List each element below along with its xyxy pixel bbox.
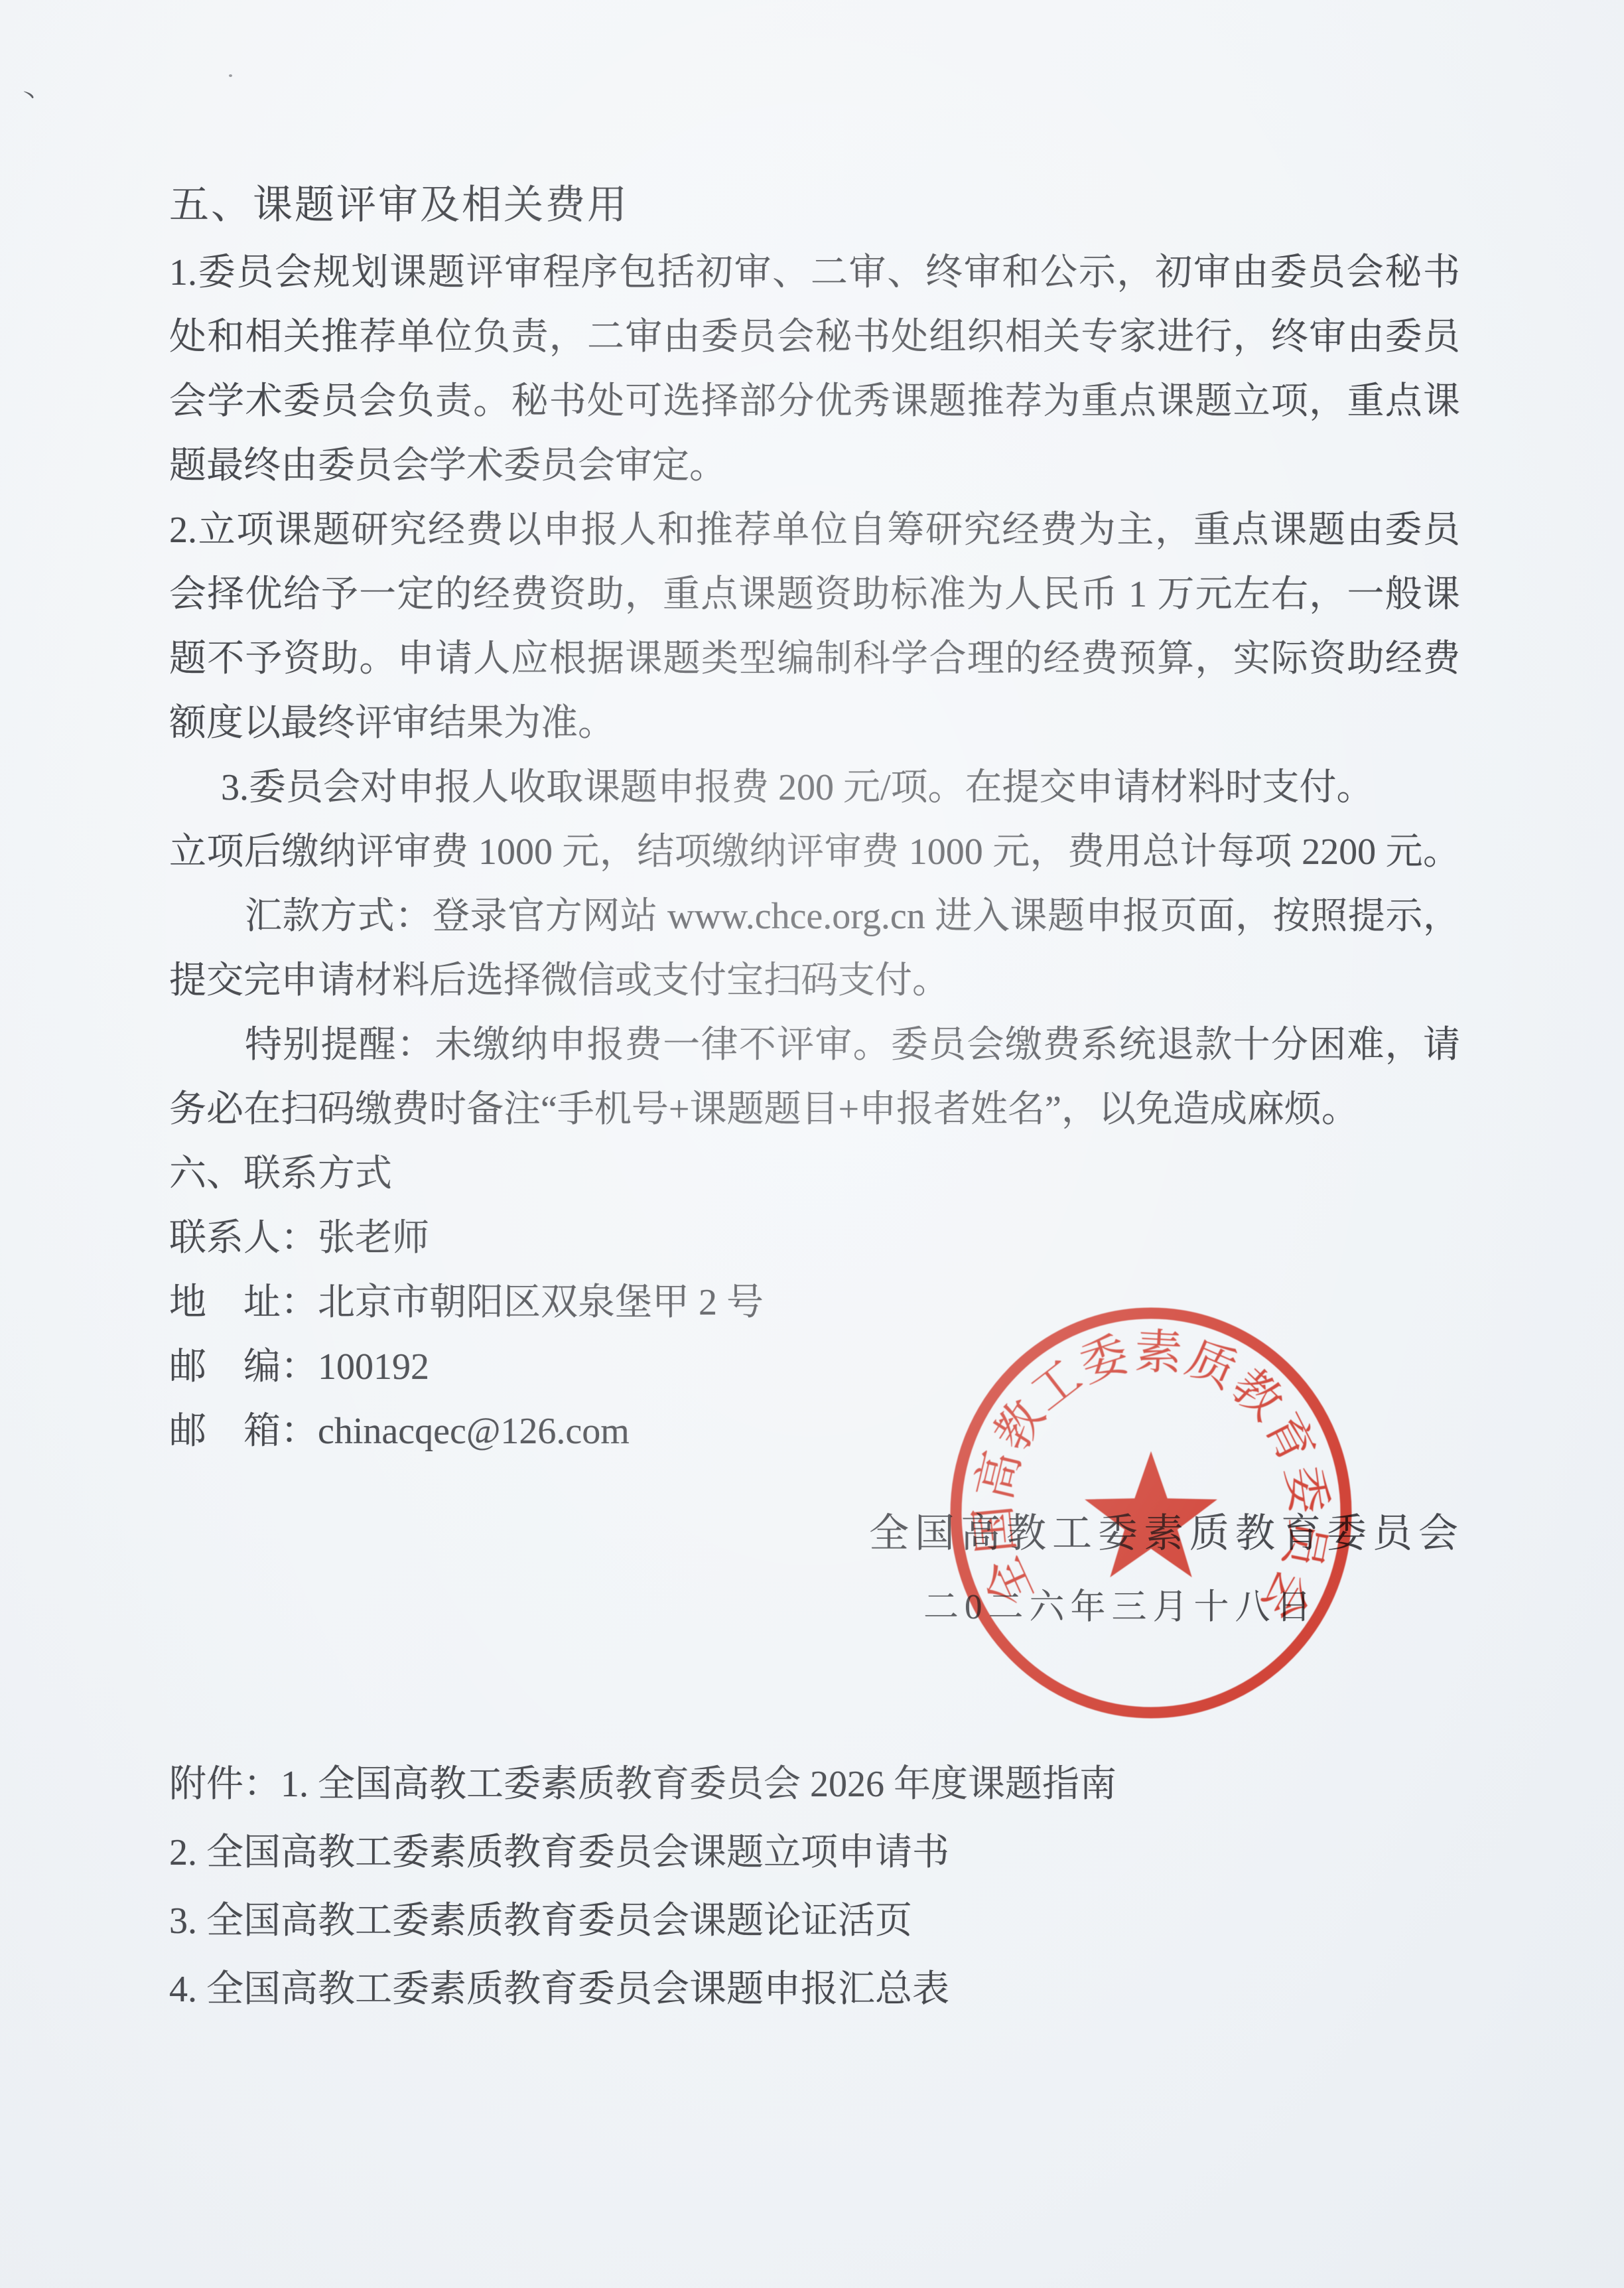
attachment-list: 附件：1. 全国高教工委素质教育委员会 2026 年度课题指南2. 全国高教工委…: [169, 1751, 1460, 2024]
text-line: 3.委员会对申报人收取课题申报费 200 元/项。在提交申请材料时支付。: [169, 756, 1460, 820]
text-line: 六、联系方式: [169, 1142, 1460, 1206]
scanned-document-page: 丶 五、课题评审及相关费用1.委员会规划课题评审程序包括初审、二审、终审和公示，…: [0, 0, 1624, 2288]
text-line: 会学术委员会负责。秘书处可选择部分优秀课题推荐为重点课题立项，重点课: [169, 370, 1460, 434]
attachment-line: 4. 全国高教工委素质教育委员会课题申报汇总表: [169, 1956, 1460, 2024]
text-line: 特别提醒：未缴纳申报费一律不评审。委员会缴费系统退款十分困难，请: [169, 1013, 1460, 1078]
attachment-line: 2. 全国高教工委素质教育委员会课题立项申请书: [169, 1819, 1460, 1887]
text-line: 联系人：张老师: [169, 1206, 1460, 1271]
document-body: 五、课题评审及相关费用1.委员会规划课题评审程序包括初审、二审、终审和公示，初审…: [169, 170, 1460, 1464]
attachment-line: 3. 全国高教工委素质教育委员会课题论证活页: [169, 1887, 1460, 1956]
text-line: 题不予资助。申请人应根据课题类型编制科学合理的经费预算，实际资助经费: [169, 627, 1460, 691]
scan-stray-mark: 丶: [14, 76, 42, 113]
attachment-line: 附件：1. 全国高教工委素质教育委员会 2026 年度课题指南: [169, 1751, 1460, 1819]
seal-star-icon: [1085, 1451, 1217, 1577]
official-seal-stamp: 全国高教工委素质教育委员会: [932, 1281, 1370, 1745]
text-line: 处和相关推荐单位负责，二审由委员会秘书处组织相关专家进行，终审由委员: [169, 305, 1460, 370]
text-line: 立项后缴纳评审费 1000 元，结项缴纳评审费 1000 元，费用总计每项 22…: [169, 820, 1460, 885]
text-line: 提交完申请材料后选择微信或支付宝扫码支付。: [169, 949, 1460, 1013]
text-line: 汇款方式：登录官方网站 www.chce.org.cn 进入课题申报页面，按照提…: [169, 885, 1460, 949]
scan-dust-speck: [229, 74, 232, 77]
text-line: 务必在扫码缴费时备注“手机号+课题题目+申报者姓名”，以免造成麻烦。: [169, 1078, 1460, 1142]
text-line: 题最终由委员会学术委员会审定。: [169, 434, 1460, 498]
text-line: 2.立项课题研究经费以申报人和推荐单位自筹研究经费为主，重点课题由委员: [169, 498, 1460, 563]
text-line: 1.委员会规划课题评审程序包括初审、二审、终审和公示，初审由委员会秘书: [169, 241, 1460, 305]
text-line: 额度以最终评审结果为准。: [169, 691, 1460, 756]
text-line: 五、课题评审及相关费用: [169, 170, 1460, 241]
text-line: 会择优给予一定的经费资助，重点课题资助标准为人民币 1 万元左右，一般课: [169, 563, 1460, 627]
